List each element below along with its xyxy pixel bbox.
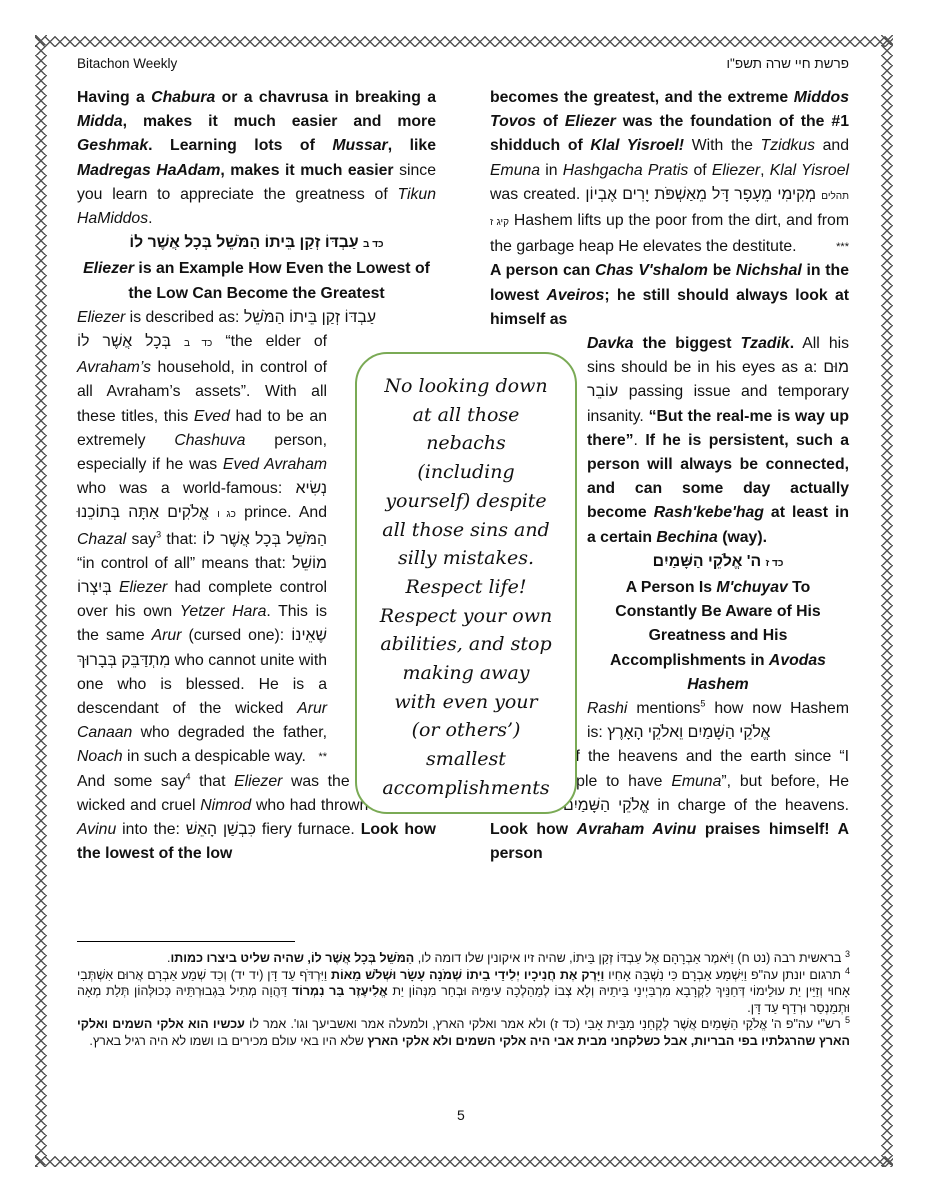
- decorative-border-left: [35, 35, 47, 1167]
- paragraph-rashi: Rashi mentions5 how now Hashem is: אֱלֹק…: [587, 697, 849, 745]
- intro-paragraph: Having a Chabura or a chavrusa in breaki…: [77, 86, 436, 231]
- section-separator-stars: **: [318, 745, 327, 769]
- footnotes: 3 בראשית רבה (נט ח) וַיֹּאמֶר אַבְרָהָם …: [77, 950, 850, 1050]
- header-parsha: פרשת חיי שרה תשפ"ו: [727, 56, 849, 71]
- paragraph-eliezer-continued: בְּכָל אֲשֶׁר לוֹ כד ב “the elder of Avr…: [77, 330, 327, 770]
- paragraph-chas-vshalom: A person can Chas V'shalom be Nichshal i…: [490, 259, 849, 332]
- section-heading: A Person Is M'chuyav To Constantly Be Aw…: [587, 576, 849, 697]
- paragraph-greatest: becomes the greatest, and the extreme Mi…: [490, 86, 849, 259]
- paragraph-eliezer-described: Eliezer is described as: עַבְדּוֹ זְקַן …: [77, 306, 436, 330]
- decorative-border-bottom: [35, 1155, 893, 1167]
- decorative-border-top: [35, 35, 893, 47]
- header-publication-title: Bitachon Weekly: [77, 56, 177, 71]
- section-heading: Eliezer is an Example How Even the Lowes…: [77, 257, 436, 305]
- wrapped-text-beside-callout: Davka the biggest Tzadik. All his sins s…: [587, 332, 849, 745]
- page-number: 5: [457, 1107, 465, 1123]
- section-separator-stars: ***: [836, 235, 849, 259]
- footnote-5: 5 רש"י עה"פ ה' אֱלֹקֵי הַשָּׁמַיִם אֲשֶׁ…: [77, 1016, 850, 1049]
- footnote-separator: [77, 941, 295, 942]
- footnote-3: 3 בראשית רבה (נט ח) וַיֹּאמֶר אַבְרָהָם …: [77, 950, 850, 967]
- footnote-4: 4 תרגום יונתן עה"פ וַיִּשְׁמַע אַבְרָם כ…: [77, 967, 850, 1017]
- pull-quote-callout: No looking down at all those nebachs (in…: [355, 352, 577, 814]
- section-heading-hebrew: ה' אֱלֹקֵי הַשָּׁמַיִם כד ז: [587, 550, 849, 576]
- decorative-border-right: [881, 35, 893, 1167]
- section-heading-hebrew: עַבְדּוֹ זְקַן בֵּיתוֹ הַמֹּשֵׁל בְּכָל …: [77, 231, 436, 257]
